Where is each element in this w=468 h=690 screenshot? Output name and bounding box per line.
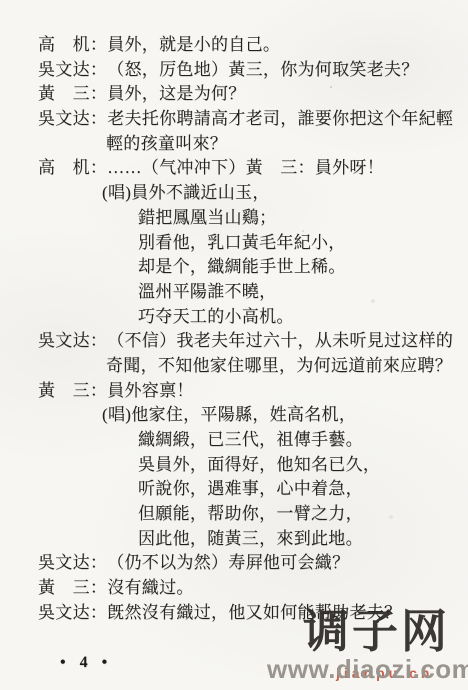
page-number: • 4 • (60, 654, 112, 672)
script-line: 錯把鳳凰当山鷄； (38, 206, 468, 231)
scanned-script-page: 高 机：員外，就是小的自己。吳文达：（怒，厉色地）黃三，你为何取笑老夫？黃 三：… (0, 0, 468, 690)
speaker-name: 高 机： (38, 33, 107, 58)
script-line: 吳員外，面得好，他知名已久， (38, 453, 468, 478)
speaker-name: 吳文达： (38, 601, 107, 626)
line-text: 吳員外，面得好，他知名已久， (138, 455, 380, 474)
watermark-site-url: www.diaozi.com (267, 656, 468, 682)
script-line: 吳文达：老夫托你聘請高才老司，誰要你把这个年紀輕 (38, 107, 453, 132)
line-text: ……（气冲冲下） (107, 158, 245, 177)
script-line: 高 机：……（气冲冲下） (38, 156, 246, 181)
line-text: 因此他，随黃三，來到此地。 (138, 529, 363, 548)
line-text: 織綢緞，已三代，祖傳手藝。 (138, 430, 363, 449)
line-text: （仍不以为然）寿屛他可会織？ (107, 553, 349, 572)
script-line: 听說你，遇难事，心中着急， (38, 477, 468, 502)
line-text: 員外呀！ (315, 158, 384, 177)
speaker-name: 吳文达： (38, 107, 107, 132)
line-text: 沒有織过。 (107, 578, 194, 597)
line-text: 听說你，遇难事，心中着急， (138, 479, 363, 498)
speaker-name: 吳文达： (38, 329, 107, 354)
script-line: (唱)員外不識近山玉， (38, 181, 468, 206)
script-line: 黃 三：員外呀！ (246, 156, 384, 181)
speaker-name: 高 机： (38, 156, 107, 181)
script-line: 吳文达：（仍不以为然）寿屛他可会織？ (38, 551, 349, 576)
script-line: 黃 三：員外容禀！ (38, 379, 194, 404)
speaker-name: 吳文达： (38, 551, 107, 576)
speaker-name: 黃 三： (246, 156, 315, 181)
script-line: 却是个，織綢能手世上稀。 (38, 255, 468, 280)
script-line: 黃 三：員外，这是为何？ (38, 82, 246, 107)
script-line: 吳文达：（怒，厉色地）黃三，你为何取笑老夫？ (38, 58, 419, 83)
line-text: 却是个，織綢能手世上稀。 (138, 257, 346, 276)
watermark-site-name: 调子网 (303, 608, 450, 654)
script-line: 高 机：員外，就是小的自己。 (38, 33, 280, 58)
script-line: 因此他，随黃三，來到此地。 (38, 527, 468, 552)
speaker-name: 吳文达： (38, 58, 107, 83)
line-text: 錯把鳳凰当山鷄； (138, 208, 276, 227)
line-text: (唱)員外不識近山玉， (102, 183, 270, 202)
script-line: 黃 三：沒有織过。 (38, 576, 194, 601)
line-text: 溫州平陽誰不曉， (138, 282, 276, 301)
speaker-name: 黃 三： (38, 82, 107, 107)
script-line: 織綢緞，已三代，祖傳手藝。 (38, 428, 468, 453)
script-line: 輕的孩童叫來？ (38, 132, 468, 157)
line-text: （怒，厉色地）黃三，你为何取笑老夫？ (107, 60, 418, 79)
line-text: 巧夺天工的小高机。 (138, 307, 294, 326)
line-text: 員外，这是为何？ (107, 84, 245, 103)
line-text: 但願能，帮助你，一臂之力， (138, 504, 363, 523)
line-text: 員外，就是小的自己。 (107, 35, 280, 54)
script-line: 但願能，帮助你，一臂之力， (38, 502, 468, 527)
line-text: （不信）我老夫年过六十，从未听見过这样的 (107, 331, 453, 350)
script-line: 巧夺天工的小高机。 (38, 305, 468, 330)
speaker-name: 黃 三： (38, 379, 107, 404)
line-text: 輕的孩童叫來？ (106, 134, 227, 153)
line-text: 員外容禀！ (107, 381, 194, 400)
speaker-name: 黃 三： (38, 576, 107, 601)
line-text: 老夫托你聘請高才老司，誰要你把这个年紀輕 (107, 109, 453, 128)
script-line: 溫州平陽誰不曉， (38, 280, 468, 305)
script-text: 高 机：員外，就是小的自己。吳文达：（怒，厉色地）黃三，你为何取笑老夫？黃 三：… (38, 33, 468, 626)
line-text: 別看他，乳口黃毛年紀小， (138, 233, 346, 252)
line-text: 奇聞，不知他家住哪里，为何远道前來应聘？ (106, 356, 452, 375)
script-line: 別看他，乳口黃毛年紀小， (38, 231, 468, 256)
script-line: 奇聞，不知他家住哪里，为何远道前來应聘？ (38, 354, 468, 379)
script-line: 吳文达：（不信）我老夫年过六十，从未听見过这样的 (38, 329, 453, 354)
script-line: (唱)他家住，平陽縣，姓高名机， (38, 403, 468, 428)
line-text: (唱)他家住，平陽縣，姓高名机， (102, 405, 356, 424)
